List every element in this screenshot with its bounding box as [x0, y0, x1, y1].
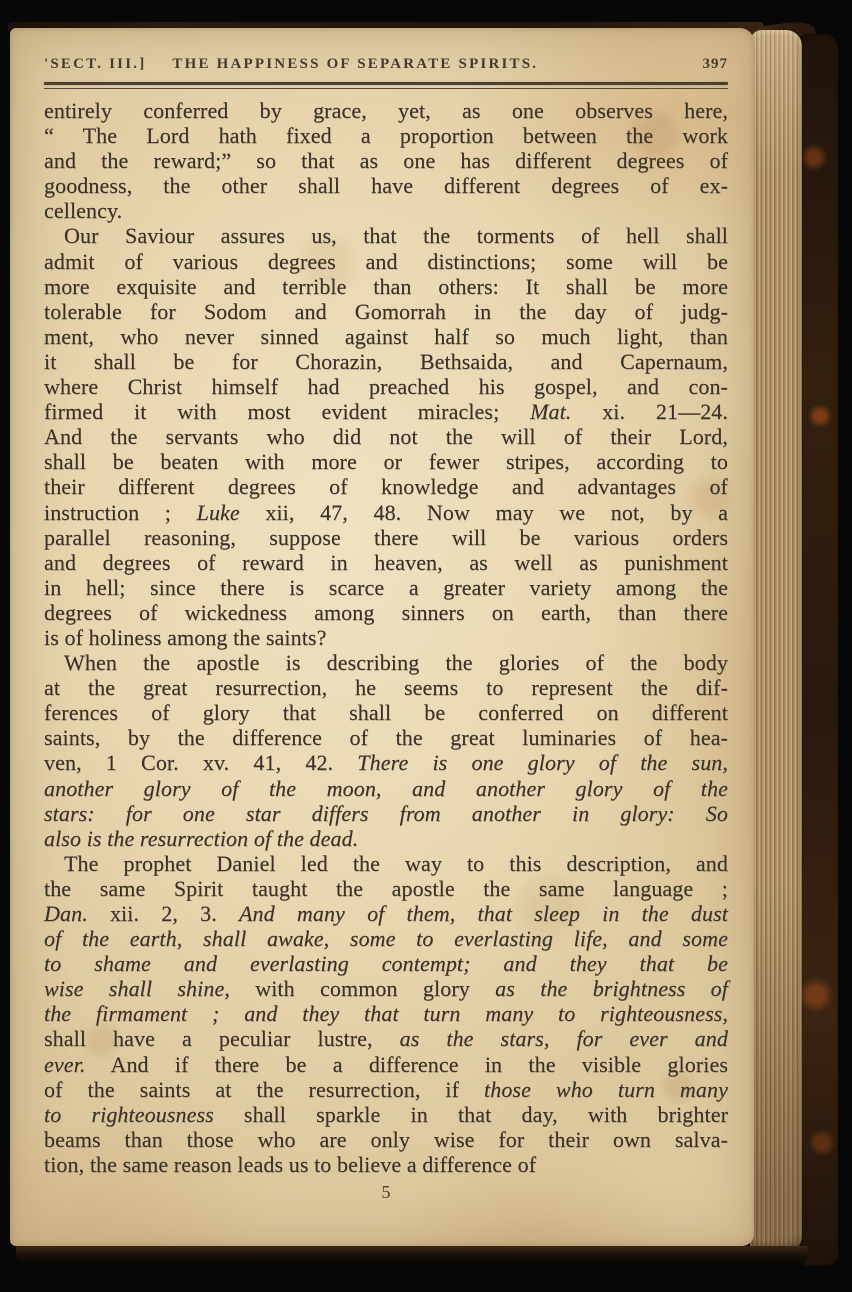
- signature-mark: 5: [44, 1182, 728, 1203]
- text-line: Dan. xii. 2, 3. And many of them, that s…: [44, 901, 728, 926]
- text-line: saints, by the difference of the great l…: [44, 725, 728, 750]
- text-line: the firmament ; and they that turn many …: [44, 1001, 728, 1026]
- running-title: THE HAPPINESS OF SEPARATE SPIRITS.: [146, 56, 702, 73]
- book-page: 'SECT. III.] THE HAPPINESS OF SEPARATE S…: [10, 28, 754, 1246]
- text-line: is of holiness among the saints?: [44, 625, 728, 650]
- book-photo-scene: 'SECT. III.] THE HAPPINESS OF SEPARATE S…: [0, 0, 852, 1292]
- body-run-text: And the servants who did not the will of…: [44, 424, 728, 449]
- body-run-text: xii. 2, 3.: [88, 901, 239, 926]
- scripture-italic-text: the firmament ; and they that turn many …: [44, 1001, 728, 1026]
- text-line: Our Saviour assures us, that the torment…: [44, 223, 728, 248]
- body-run-text: entirely conferred by grace, yet, as one…: [44, 98, 728, 123]
- body-run-text: at the great resurrection, he seems to r…: [44, 675, 728, 700]
- body-run-text: parallel reasoning, suppose there will b…: [44, 525, 728, 550]
- text-line: cellency.: [44, 198, 728, 223]
- text-line: and the reward;” so that as one has diff…: [44, 148, 728, 173]
- scripture-italic-text: stars: for one star differs from another…: [44, 801, 728, 826]
- text-line: and degrees of reward in heaven, as well…: [44, 550, 728, 575]
- body-run-text: firmed it with most evident miracles;: [44, 399, 530, 424]
- body-run-text: ment, who never sinned against half so m…: [44, 324, 728, 349]
- text-line: entirely conferred by grace, yet, as one…: [44, 98, 728, 123]
- rule-thin: [44, 88, 728, 89]
- body-run-text: ven, 1 Cor. xv. 41, 42.: [44, 750, 357, 775]
- text-line: wise shall shine, with common glory as t…: [44, 976, 728, 1001]
- body-run-text: xi. 21—24.: [571, 399, 728, 424]
- body-run-text: tion, the same reason leads us to believ…: [44, 1152, 536, 1177]
- page-content: 'SECT. III.] THE HAPPINESS OF SEPARATE S…: [44, 56, 728, 1203]
- body-run-text: the same Spirit taught the apostle the s…: [44, 876, 728, 901]
- body-run-text: The prophet Daniel led the way to this d…: [64, 851, 728, 876]
- text-line: the same Spirit taught the apostle the s…: [44, 876, 728, 901]
- scripture-italic-text: And many of them, that sleep in the dust: [239, 901, 728, 926]
- scripture-italic-text: Mat.: [530, 399, 571, 424]
- text-line: ever. And if there be a difference in th…: [44, 1052, 728, 1077]
- header-double-rule: [44, 82, 728, 89]
- text-line: another glory of the moon, and another g…: [44, 776, 728, 801]
- body-run-text: admit of various degrees and distinction…: [44, 249, 728, 274]
- scripture-italic-text: as the brightness of: [495, 976, 728, 1001]
- text-line: ment, who never sinned against half so m…: [44, 324, 728, 349]
- body-run-text: degrees of wickedness among sinners on e…: [44, 600, 728, 625]
- body-run-text: it shall be for Chorazin, Bethsaida, and…: [44, 349, 728, 374]
- body-run-text: When the apostle is describing the glori…: [64, 650, 728, 675]
- section-label: 'SECT. III.]: [44, 56, 146, 73]
- scripture-italic-text: to righteousness: [44, 1102, 214, 1127]
- text-line: tolerable for Sodom and Gomorrah in the …: [44, 299, 728, 324]
- body-run-text: ferences of glory that shall be conferre…: [44, 700, 728, 725]
- text-line: “ The Lord hath fixed a proportion betwe…: [44, 123, 728, 148]
- body-run-text: shall have a peculiar lustre,: [44, 1026, 400, 1051]
- text-line: parallel reasoning, suppose there will b…: [44, 525, 728, 550]
- body-run-text: “ The Lord hath fixed a proportion betwe…: [44, 123, 728, 148]
- body-run-text: with common glory: [230, 976, 495, 1001]
- text-line: their different degrees of knowledge and…: [44, 474, 728, 499]
- text-line: more exquisite and terrible than others:…: [44, 274, 728, 299]
- book-cover-right-edge: [798, 34, 838, 1266]
- body-run-text: more exquisite and terrible than others:…: [44, 274, 728, 299]
- body-run-text: their different degrees of knowledge and…: [44, 474, 728, 499]
- text-line: to righteousness shall sparkle in that d…: [44, 1102, 728, 1127]
- body-run-text: saints, by the difference of the great l…: [44, 725, 728, 750]
- body-run-text: of the saints at the resurrection, if: [44, 1077, 484, 1102]
- text-line: also is the resurrection of the dead.: [44, 826, 728, 851]
- body-run-text: beams than those who are only wise for t…: [44, 1127, 728, 1152]
- scripture-italic-text: Luke: [197, 500, 240, 525]
- body-run-text: Our Saviour assures us, that the torment…: [64, 223, 728, 248]
- text-line: of the saints at the resurrection, if th…: [44, 1077, 728, 1102]
- scripture-italic-text: Dan.: [44, 901, 88, 926]
- body-run-text: instruction ;: [44, 500, 197, 525]
- rule-thick: [44, 82, 728, 85]
- scripture-italic-text: those who turn many: [484, 1077, 728, 1102]
- body-run-text: and degrees of reward in heaven, as well…: [44, 550, 728, 575]
- text-line: degrees of wickedness among sinners on e…: [44, 600, 728, 625]
- page-number: 397: [703, 56, 729, 73]
- text-line: And the servants who did not the will of…: [44, 424, 728, 449]
- scripture-italic-text: There is one glory of the sun,: [357, 750, 728, 775]
- page-stack-fore-edge: [750, 30, 802, 1252]
- text-line: instruction ; Luke xii, 47, 48. Now may …: [44, 500, 728, 525]
- text-line: ferences of glory that shall be conferre…: [44, 700, 728, 725]
- text-line: admit of various degrees and distinction…: [44, 249, 728, 274]
- scripture-italic-text: wise shall shine,: [44, 976, 230, 1001]
- text-line: The prophet Daniel led the way to this d…: [44, 851, 728, 876]
- body-run-text: goodness, the other shall have different…: [44, 173, 728, 198]
- scripture-italic-text: ever.: [44, 1052, 85, 1077]
- body-run-text: shall be beaten with more or fewer strip…: [44, 449, 728, 474]
- body-run-text: where Christ himself had preached his go…: [44, 374, 728, 399]
- text-line: to shame and everlasting contempt; and t…: [44, 951, 728, 976]
- text-line: of the earth, shall awake, some to everl…: [44, 926, 728, 951]
- scripture-italic-text: as the stars, for ever and: [400, 1026, 728, 1051]
- scripture-italic-text: also is the resurrection of the dead.: [44, 826, 358, 851]
- body-run-text: and the reward;” so that as one has diff…: [44, 148, 728, 173]
- text-line: where Christ himself had preached his go…: [44, 374, 728, 399]
- body-run-text: in hell; since there is scarce a greater…: [44, 575, 728, 600]
- text-line: ven, 1 Cor. xv. 41, 42. There is one glo…: [44, 750, 728, 775]
- text-line: it shall be for Chorazin, Bethsaida, and…: [44, 349, 728, 374]
- text-line: When the apostle is describing the glori…: [44, 650, 728, 675]
- text-line: beams than those who are only wise for t…: [44, 1127, 728, 1152]
- running-head: 'SECT. III.] THE HAPPINESS OF SEPARATE S…: [44, 56, 728, 73]
- text-line: shall have a peculiar lustre, as the sta…: [44, 1026, 728, 1051]
- body-run-text: And if there be a difference in the visi…: [85, 1052, 728, 1077]
- text-line: firmed it with most evident miracles; Ma…: [44, 399, 728, 424]
- body-run-text: is of holiness among the saints?: [44, 625, 326, 650]
- scripture-italic-text: another glory of the moon, and another g…: [44, 776, 728, 801]
- text-line: shall be beaten with more or fewer strip…: [44, 449, 728, 474]
- book-bottom-edge: [16, 1246, 808, 1264]
- body-run-text: xii, 47, 48. Now may we not, by a: [240, 500, 728, 525]
- text-line: tion, the same reason leads us to believ…: [44, 1152, 728, 1177]
- text-line: stars: for one star differs from another…: [44, 801, 728, 826]
- body-run-text: cellency.: [44, 198, 122, 223]
- body-run-text: tolerable for Sodom and Gomorrah in the …: [44, 299, 728, 324]
- body-text: entirely conferred by grace, yet, as one…: [44, 98, 728, 1177]
- text-line: goodness, the other shall have different…: [44, 173, 728, 198]
- text-line: at the great resurrection, he seems to r…: [44, 675, 728, 700]
- body-run-text: shall sparkle in that day, with brighter: [214, 1102, 728, 1127]
- scripture-italic-text: of the earth, shall awake, some to everl…: [44, 926, 728, 951]
- text-line: in hell; since there is scarce a greater…: [44, 575, 728, 600]
- scripture-italic-text: to shame and everlasting contempt; and t…: [44, 951, 728, 976]
